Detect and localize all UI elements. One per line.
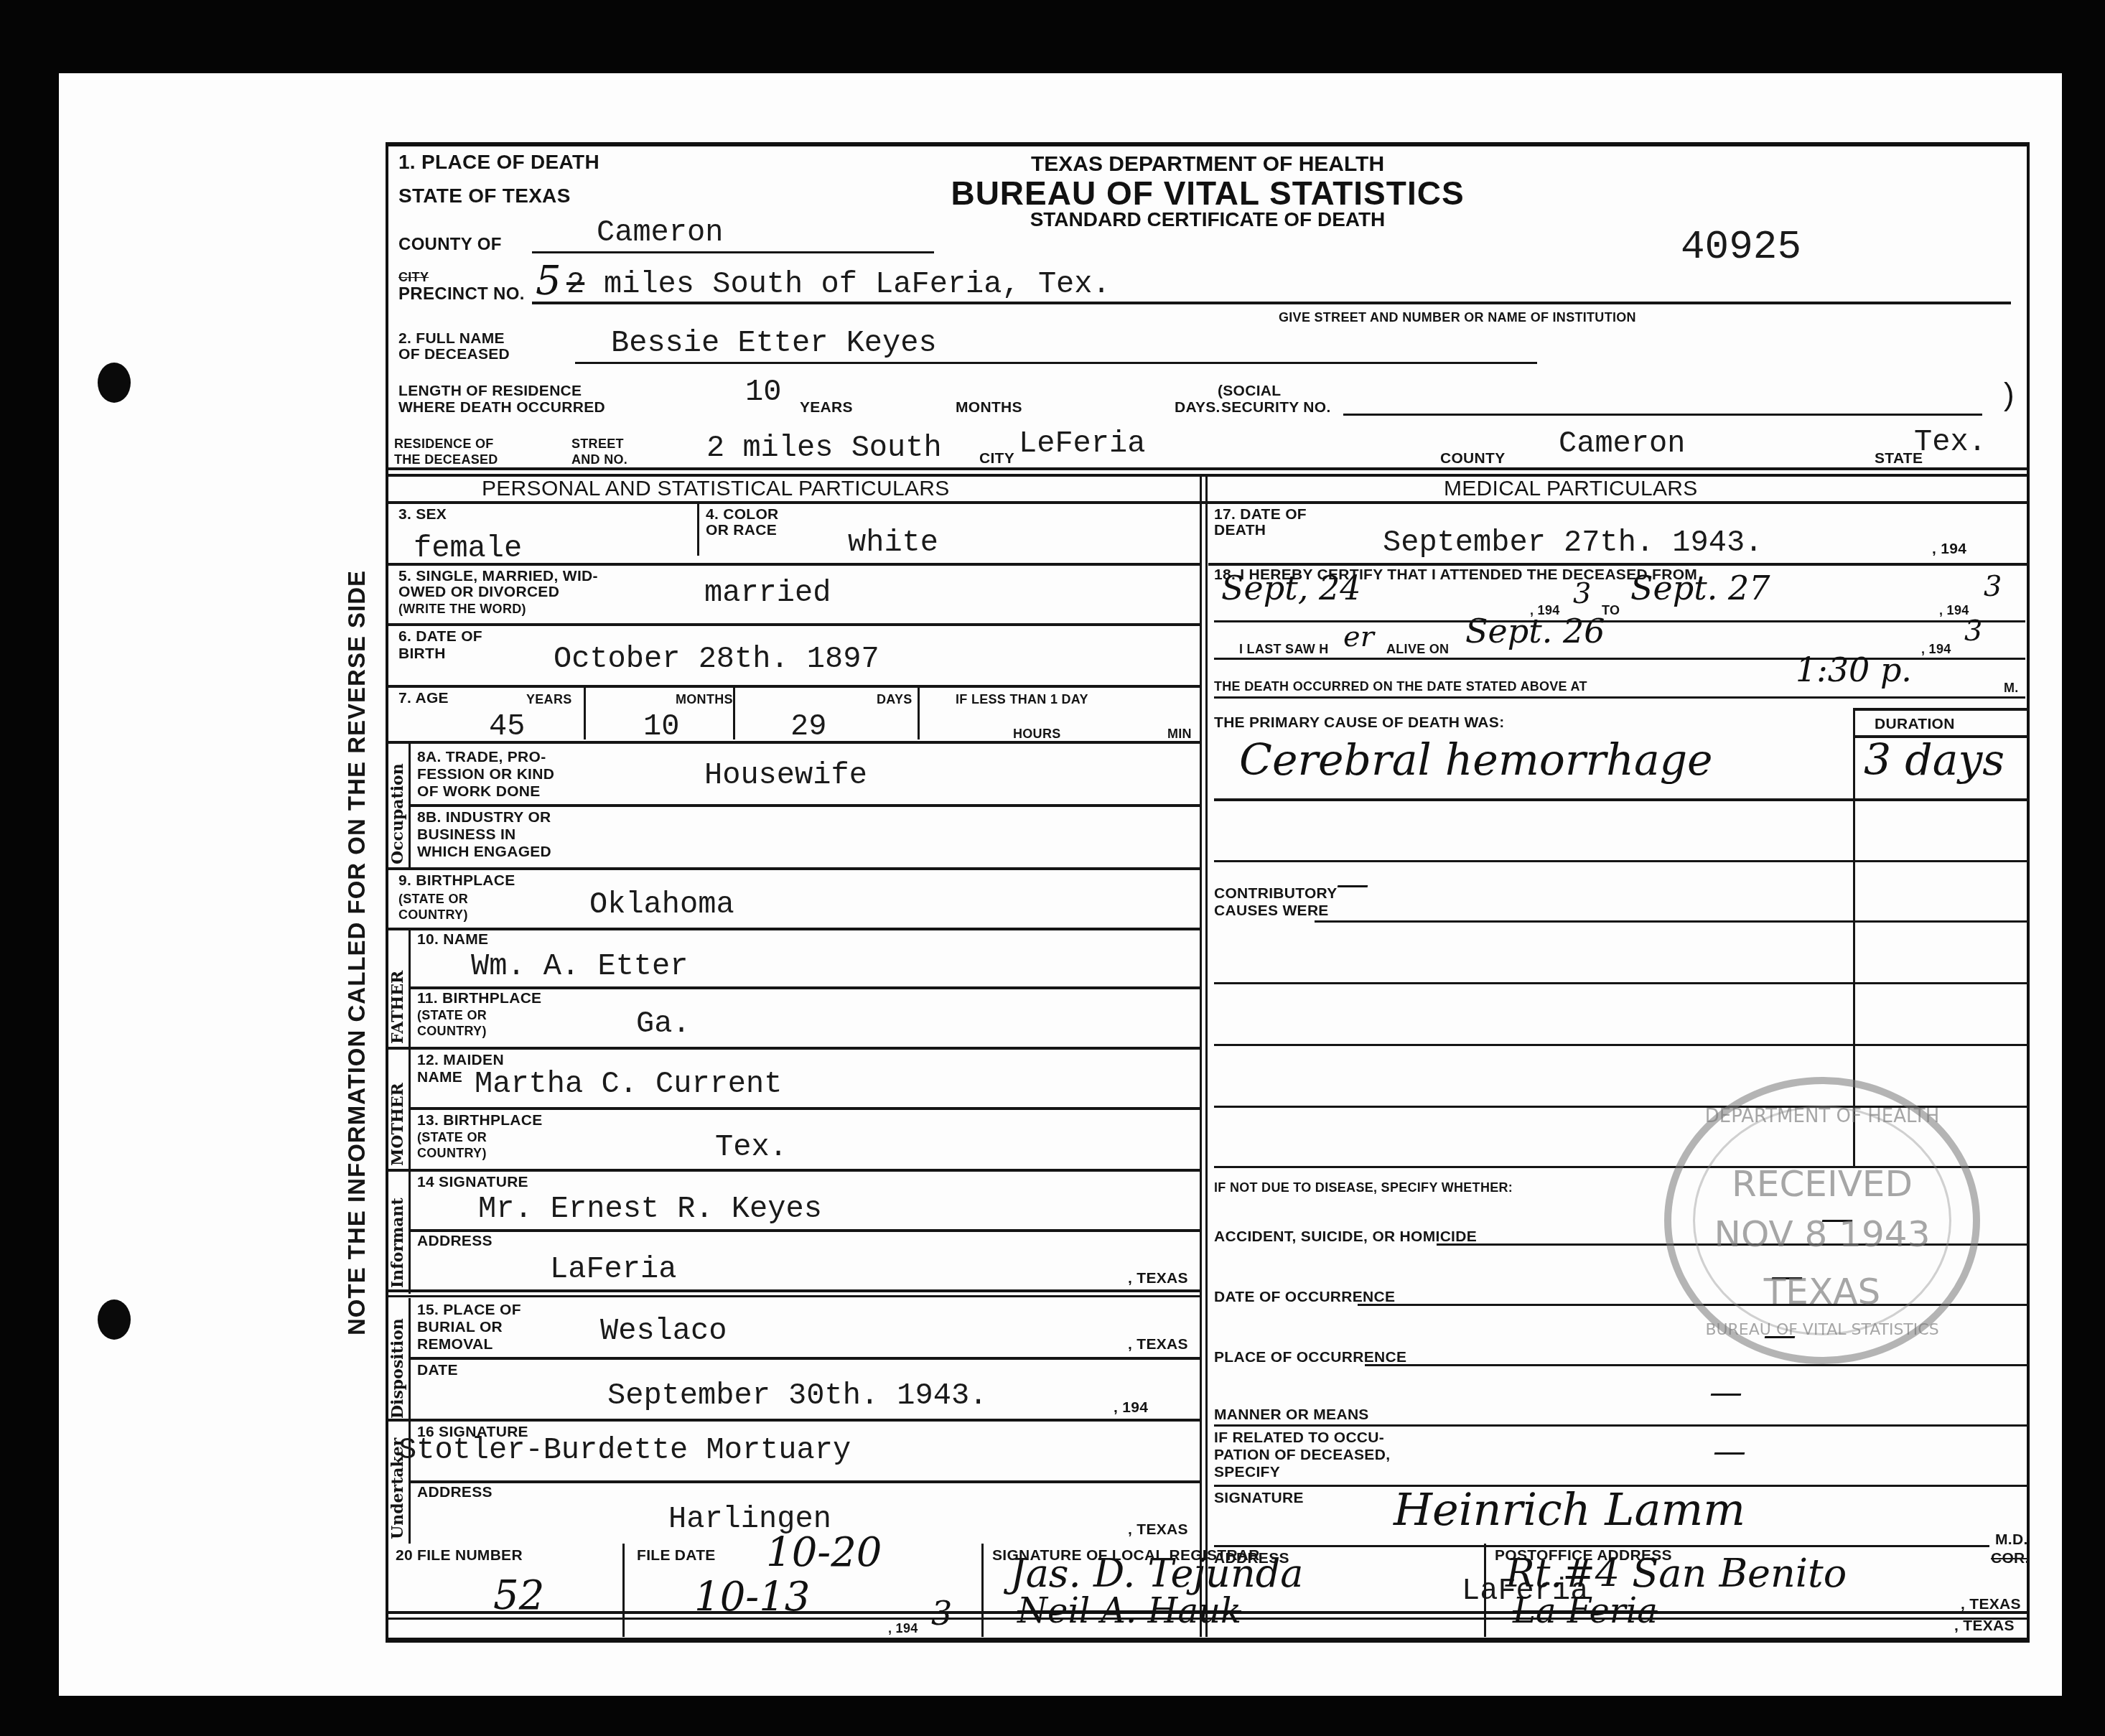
not-disease-label: IF NOT DUE TO DISEASE, SPECIFY WHETHER: <box>1214 1180 1513 1195</box>
file-number: 52 <box>493 1572 544 1619</box>
file-date-label: FILE DATE <box>637 1548 716 1564</box>
birthplace-value: Oklahoma <box>589 889 734 920</box>
mother-side-label: MOTHER <box>388 1083 407 1166</box>
residence-city: LeFeria <box>1019 428 1145 459</box>
ssn-label: (SOCIAL <box>1218 383 1281 399</box>
days-label: DAYS. <box>1175 400 1220 416</box>
burial-place: Weslaco <box>600 1315 727 1347</box>
accident-label: ACCIDENT, SUICIDE, OR HOMICIDE <box>1214 1229 1477 1245</box>
industry-label-2: BUSINESS IN <box>417 827 516 843</box>
last-seen-alive: Sept. 26 <box>1465 612 1605 650</box>
mother-name-label-2: NAME <box>417 1070 462 1086</box>
age-years-label: YEARS <box>526 692 572 706</box>
date-of-birth: October 28th. 1897 <box>554 643 879 675</box>
last-saw-pronoun: er <box>1343 620 1374 653</box>
street-label-2: AND NO. <box>571 452 627 467</box>
age-days: 29 <box>790 711 826 742</box>
hours-label: HOURS <box>1013 727 1061 741</box>
race-label: 4. COLOR <box>706 507 779 523</box>
residence-street: 2 miles South <box>706 432 942 464</box>
father-name: Wm. A. Etter <box>471 951 688 982</box>
punch-hole <box>98 363 131 403</box>
precinct-label: PRECINCT NO. <box>398 286 525 303</box>
residence-state: Tex. <box>1914 426 1987 458</box>
time-of-death: 1:30 p. <box>1796 650 1912 689</box>
death-certificate-form: 1. PLACE OF DEATH STATE OF TEXAS TEXAS D… <box>386 142 2030 1643</box>
death-location: miles South of LaFeria, Tex. <box>604 269 1111 300</box>
burial-label-2: BURIAL OR <box>417 1320 503 1335</box>
dob-label: 6. DATE OF <box>398 629 482 645</box>
birthplace-label-2: (STATE OR <box>398 892 468 906</box>
manner-value: — <box>1709 1373 1742 1411</box>
occupation-related-label: IF RELATED TO OCCU- <box>1214 1430 1384 1446</box>
disposition-side-label: Disposition <box>388 1318 407 1419</box>
age-label: 7. AGE <box>398 691 449 706</box>
punch-hole <box>98 1299 131 1340</box>
time-of-death-label: THE DEATH OCCURRED ON THE DATE STATED AB… <box>1214 679 1587 694</box>
father-name-label: 10. NAME <box>417 932 488 948</box>
reverse-side-note: NOTE THE INFORMATION CALLED FOR ON THE R… <box>343 570 370 1335</box>
postoffice-address-struck: La Feria <box>1513 1591 1658 1631</box>
file-number-label: 20 FILE NUMBER <box>396 1548 523 1564</box>
burial-date: September 30th. 1943. <box>607 1380 987 1411</box>
marital-status: married <box>704 577 831 609</box>
full-name-label-2: OF DECEASED <box>398 347 510 363</box>
year-suffix: , 194 <box>1114 1400 1148 1416</box>
filing-row: 20 FILE NUMBER 52 FILE DATE 10-20 10-13 … <box>386 1544 2030 1643</box>
informant-side-label: Informant <box>388 1198 407 1288</box>
age-years: 45 <box>489 711 525 742</box>
agency-title: TEXAS DEPARTMENT OF HEALTH <box>388 152 2027 177</box>
city-label: CITY <box>979 451 1014 467</box>
mother-birthplace-label-2: (STATE OR <box>417 1130 487 1144</box>
years-label: YEARS <box>800 400 853 416</box>
dod-label: 17. DATE OF <box>1214 507 1307 523</box>
file-date-1: 10-20 <box>766 1529 882 1576</box>
sex-value: female <box>414 533 522 564</box>
informant-address: LaFeria <box>550 1254 676 1285</box>
father-birthplace-label-3: COUNTRY) <box>417 1024 487 1038</box>
occupation-side-label: Occupation <box>388 763 407 864</box>
stamp-state: TEXAS <box>1671 1271 1973 1312</box>
mother-birthplace-label-3: COUNTRY) <box>417 1146 487 1160</box>
father-birthplace-label-2: (STATE OR <box>417 1008 487 1022</box>
stamp-ring-top: DEPARTMENT OF HEALTH <box>1671 1106 1973 1127</box>
contributory-label-2: CAUSES WERE <box>1214 903 1329 919</box>
race-value: white <box>848 527 938 559</box>
residence-label: RESIDENCE OF <box>394 437 494 451</box>
age-months: 10 <box>643 711 679 742</box>
occupation-related-label-2: PATION OF DECEASED, <box>1214 1447 1390 1463</box>
physician-signature-label: SIGNATURE <box>1214 1490 1304 1506</box>
trade-label: 8A. TRADE, PRO- <box>417 750 546 765</box>
dod-label-2: DEATH <box>1214 523 1266 538</box>
precinct-struck: 2 <box>566 269 584 300</box>
county-value: Cameron <box>597 217 723 248</box>
age-days-label: DAYS <box>877 692 913 706</box>
texas-suffix: , TEXAS <box>1954 1618 2015 1634</box>
column-divider <box>1200 474 1202 1637</box>
marital-label-2: OWED OR DIVORCED <box>398 584 559 600</box>
father-side-label: FATHER <box>388 971 407 1044</box>
stamp-date: NOV 8 1943 <box>1671 1213 1973 1255</box>
location-hint: GIVE STREET AND NUMBER OR NAME OF INSTIT… <box>1279 310 1636 325</box>
alive-on-label: ALIVE ON <box>1386 642 1449 656</box>
postoffice-address: Rt.#4 San Benito <box>1506 1551 1847 1596</box>
city-label-struck: CITY <box>398 270 429 284</box>
contributory-label: CONTRIBUTORY <box>1214 886 1338 902</box>
received-stamp: DEPARTMENT OF HEALTH RECEIVED NOV 8 1943… <box>1664 1077 1980 1364</box>
residence-label-2: THE DECEASED <box>394 452 498 467</box>
months-label: MONTHS <box>956 400 1022 416</box>
last-seen-year: 3 <box>1964 615 1982 648</box>
medical-section-title: MEDICAL PARTICULARS <box>1444 478 1698 500</box>
attended-from-year: 3 <box>1573 577 1591 610</box>
manner-label: MANNER OR MEANS <box>1214 1407 1369 1423</box>
deceased-full-name: Bessie Etter Keyes <box>611 327 937 359</box>
residence-county-label: COUNTY <box>1440 451 1505 467</box>
attended-to: Sept. 27 <box>1630 569 1770 607</box>
precinct-handwritten: 5 <box>536 258 561 304</box>
stamp-ring-bottom: BUREAU OF VITAL STATISTICS <box>1671 1321 1973 1339</box>
birthplace-label-3: COUNTRY) <box>398 907 468 922</box>
informant-address-label: ADDRESS <box>417 1233 493 1249</box>
texas-suffix: , TEXAS <box>1128 1337 1188 1353</box>
father-birthplace-label: 11. BIRTHPLACE <box>417 991 541 1007</box>
industry-label: 8B. INDUSTRY OR <box>417 810 551 826</box>
birthplace-label: 9. BIRTHPLACE <box>398 873 515 889</box>
attended-to-year: 3 <box>1984 570 2002 603</box>
residence-length-label-2: WHERE DEATH OCCURRED <box>398 400 605 416</box>
stamp-received: RECEIVED <box>1671 1163 1973 1205</box>
county-label: COUNTY OF <box>398 236 502 253</box>
race-label-2: OR RACE <box>706 523 777 538</box>
sex-label: 3. SEX <box>398 507 447 523</box>
mother-birthplace: Tex. <box>715 1131 788 1163</box>
informant-name: Mr. Ernest R. Keyes <box>478 1193 822 1225</box>
age-months-label: MONTHS <box>676 692 733 706</box>
registrar-signature: Jas. D. Tejunda <box>1010 1551 1303 1596</box>
ssn-label-2: SECURITY NO. <box>1221 400 1331 416</box>
occupation-related-label-3: SPECIFY <box>1214 1465 1280 1480</box>
file-year-prefix: , 194 <box>888 1621 918 1635</box>
texas-suffix: , TEXAS <box>1128 1271 1188 1287</box>
trade-label-3: OF WORK DONE <box>417 784 541 800</box>
occurrence-place-label: PLACE OF OCCURRENCE <box>1214 1350 1406 1366</box>
marital-label-3: (WRITE THE WORD) <box>398 602 526 616</box>
undertaker-address-label: ADDRESS <box>417 1485 493 1501</box>
mother-maiden-name: Martha C. Current <box>475 1068 782 1100</box>
last-saw-label: I LAST SAW H <box>1239 642 1329 656</box>
full-name-label: 2. FULL NAME <box>398 331 505 347</box>
occurrence-date-label: DATE OF OCCURRENCE <box>1214 1289 1395 1305</box>
min-label: MIN <box>1167 727 1192 741</box>
informant-signature-label: 14 SIGNATURE <box>417 1175 528 1190</box>
less-than-day-label: IF LESS THAN 1 DAY <box>956 692 1088 706</box>
trade-label-2: FESSION OR KIND <box>417 767 554 783</box>
mother-birthplace-label: 13. BIRTHPLACE <box>417 1113 543 1129</box>
duration-value: 3 days <box>1864 735 2004 785</box>
father-birthplace: Ga. <box>636 1008 691 1040</box>
burial-label: 15. PLACE OF <box>417 1302 521 1318</box>
primary-cause-label: THE PRIMARY CAUSE OF DEATH WAS: <box>1214 715 1504 731</box>
burial-date-label: DATE <box>417 1363 458 1378</box>
ssn-field <box>1343 414 1982 416</box>
burial-label-3: REMOVAL <box>417 1337 493 1353</box>
physician-signature: Heinrich Lamm <box>1394 1483 1745 1536</box>
bureau-title: BUREAU OF VITAL STATISTICS <box>388 174 2027 213</box>
dob-label-2: BIRTH <box>398 646 446 662</box>
residence-length-label: LENGTH OF RESIDENCE <box>398 383 582 399</box>
file-date-2: 10-13 <box>694 1574 810 1620</box>
registrar-signature-struck: Neil A. Hauk <box>1017 1591 1241 1631</box>
mother-name-label: 12. MAIDEN <box>417 1053 504 1068</box>
date-of-death: September 27th. 1943. <box>1383 527 1763 559</box>
primary-cause: Cerebral hemorrhage <box>1239 735 1713 785</box>
residence-years: 10 <box>745 376 781 408</box>
texas-suffix: , TEXAS <box>1128 1522 1188 1538</box>
industry-label-3: WHICH ENGAGED <box>417 844 551 860</box>
duration-label: DURATION <box>1875 717 1955 732</box>
attended-from: Sept, 24 <box>1221 569 1360 607</box>
file-year: 3 <box>931 1594 952 1633</box>
marital-label: 5. SINGLE, MARRIED, WID- <box>398 569 598 584</box>
certificate-number: 40925 <box>1681 231 1801 263</box>
residence-county: Cameron <box>1559 428 1685 459</box>
personal-section-title: PERSONAL AND STATISTICAL PARTICULARS <box>482 478 950 500</box>
contributory-causes: — <box>1336 864 1369 903</box>
time-suffix: M. <box>2004 681 2019 695</box>
occupation-related: — <box>1713 1432 1746 1470</box>
trade-value: Housewife <box>704 760 867 791</box>
year-suffix: , 194 <box>1932 541 1966 557</box>
street-label: STREET <box>571 437 624 451</box>
undertaker-name: Stotler-Burdette Mortuary <box>398 1434 851 1466</box>
